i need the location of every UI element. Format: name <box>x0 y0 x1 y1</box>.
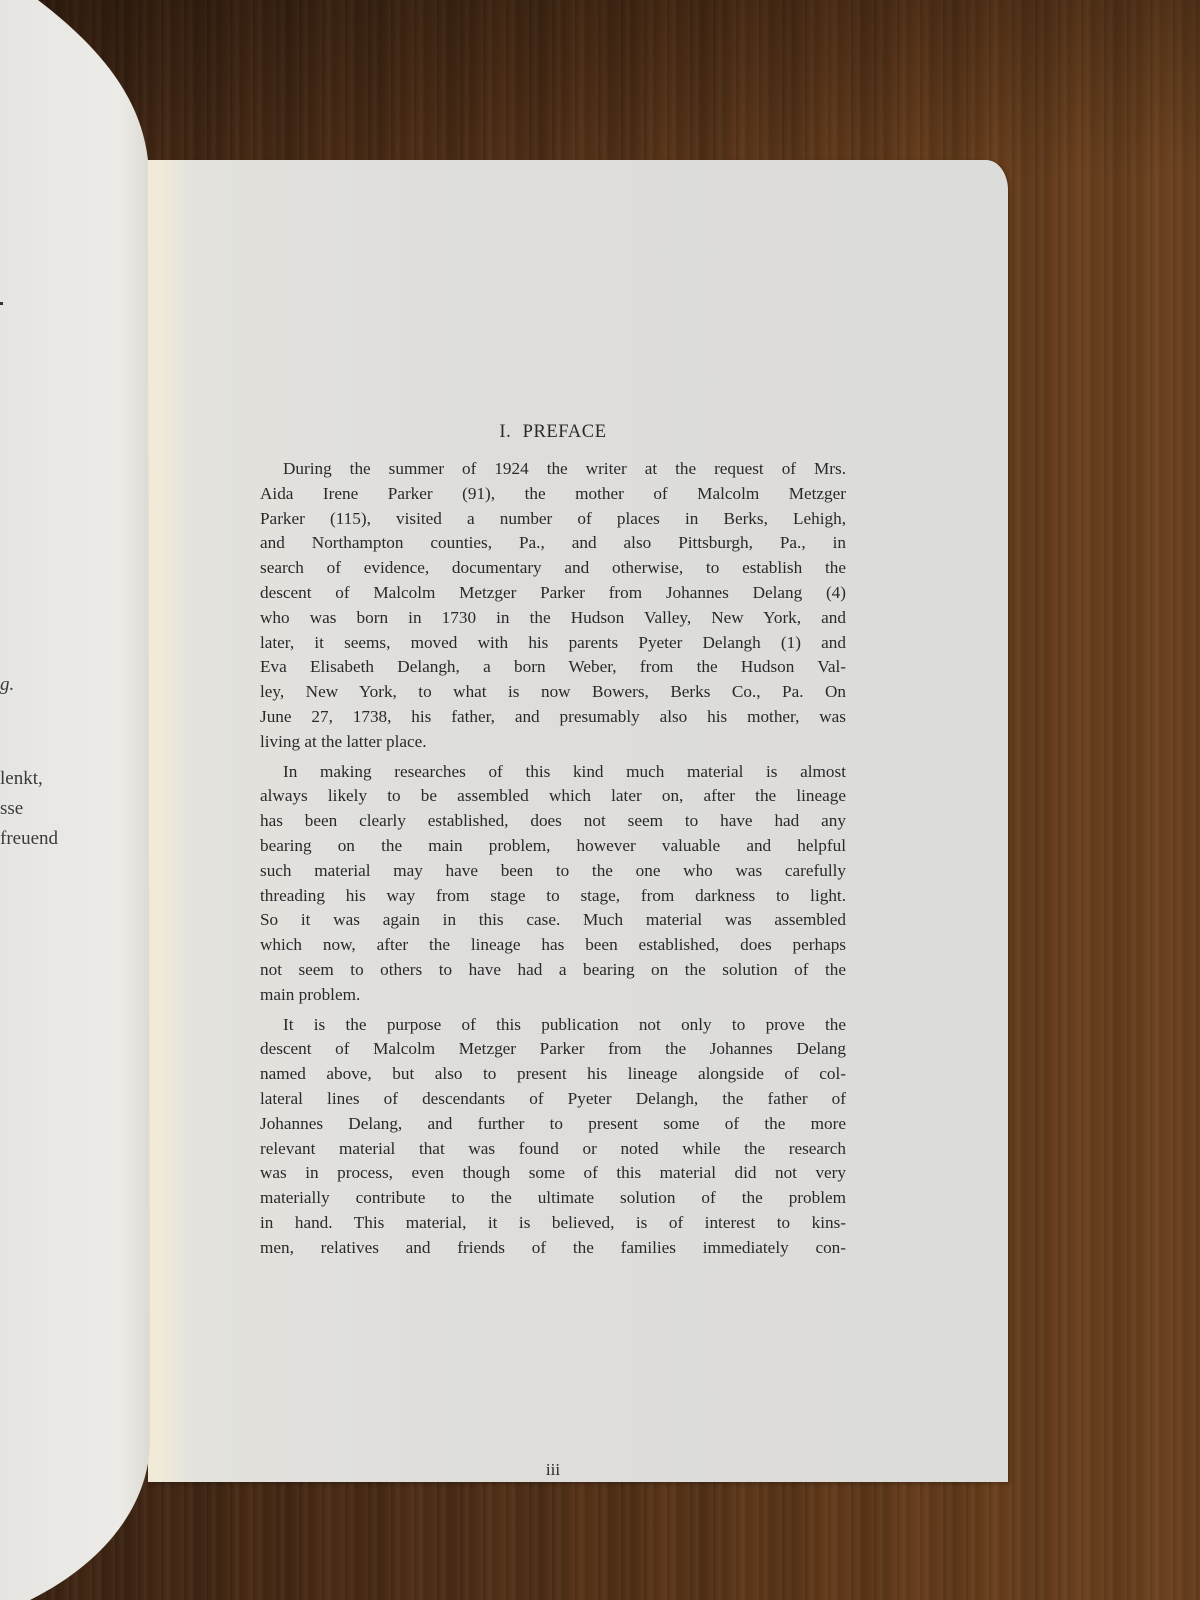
text-line: So it was again in this case. Much mater… <box>260 908 846 933</box>
text-line: not seem to others to have had a bearing… <box>260 958 846 983</box>
text-line: named above, but also to present his lin… <box>260 1062 846 1087</box>
chapter-title: I. PREFACE <box>260 422 846 443</box>
text-line: later, it seems, moved with his parents … <box>260 631 846 656</box>
left-page-text-fragment: lenkt, <box>0 768 43 790</box>
right-page: I. PREFACE During the summer of 1924 the… <box>148 160 1008 1482</box>
left-page: g. lenkt, sse freuend <box>0 0 160 1600</box>
text-line: Eva Elisabeth Delangh, a born Weber, fro… <box>260 655 846 680</box>
text-line: who was born in 1730 in the Hudson Valle… <box>260 606 846 631</box>
text-line: relevant material that was found or note… <box>260 1137 846 1162</box>
text-line: Parker (115), visited a number of places… <box>260 507 846 532</box>
text-line: bearing on the main problem, however val… <box>260 834 846 859</box>
text-line: search of evidence, documentary and othe… <box>260 556 846 581</box>
text-line: men, relatives and friends of the famili… <box>260 1236 846 1261</box>
page-content: I. PREFACE During the summer of 1924 the… <box>260 422 846 1266</box>
text-line: main problem. <box>260 983 846 1008</box>
text-line: lateral lines of descendants of Pyeter D… <box>260 1087 846 1112</box>
text-line: threading his way from stage to stage, f… <box>260 884 846 909</box>
text-line: living at the latter place. <box>260 730 846 755</box>
text-line: and Northampton counties, Pa., and also … <box>260 531 846 556</box>
text-line: descent of Malcolm Metzger Parker from t… <box>260 1037 846 1062</box>
text-line: During the summer of 1924 the writer at … <box>260 457 846 482</box>
left-page-text-fragment: sse <box>0 798 23 820</box>
paragraph-3: It is the purpose of this publication no… <box>260 1013 846 1261</box>
text-line: June 27, 1738, his father, and presumabl… <box>260 705 846 730</box>
paragraph-1: During the summer of 1924 the writer at … <box>260 457 846 755</box>
text-line: was in process, even though some of this… <box>260 1161 846 1186</box>
text-line: in hand. This material, it is believed, … <box>260 1211 846 1236</box>
text-line: always likely to be assembled which late… <box>260 784 846 809</box>
text-line: descent of Malcolm Metzger Parker from J… <box>260 581 846 606</box>
text-line: Aida Irene Parker (91), the mother of Ma… <box>260 482 846 507</box>
paragraph-2: In making researches of this kind much m… <box>260 760 846 1008</box>
left-page-text-fragment: freuend <box>0 828 58 850</box>
text-line: materially contribute to the ultimate so… <box>260 1186 846 1211</box>
stray-mark <box>0 302 3 305</box>
left-page-shape <box>0 0 160 1600</box>
text-line: Johannes Delang, and further to present … <box>260 1112 846 1137</box>
text-line: In making researches of this kind much m… <box>260 760 846 785</box>
text-line: ley, New York, to what is now Bowers, Be… <box>260 680 846 705</box>
text-line: has been clearly established, does not s… <box>260 809 846 834</box>
wood-table-background <box>0 0 1200 180</box>
page-number: iii <box>260 1460 846 1480</box>
left-page-text-fragment: g. <box>0 674 14 696</box>
text-line: such material may have been to the one w… <box>260 859 846 884</box>
text-line: which now, after the lineage has been es… <box>260 933 846 958</box>
text-line: It is the purpose of this publication no… <box>260 1013 846 1038</box>
